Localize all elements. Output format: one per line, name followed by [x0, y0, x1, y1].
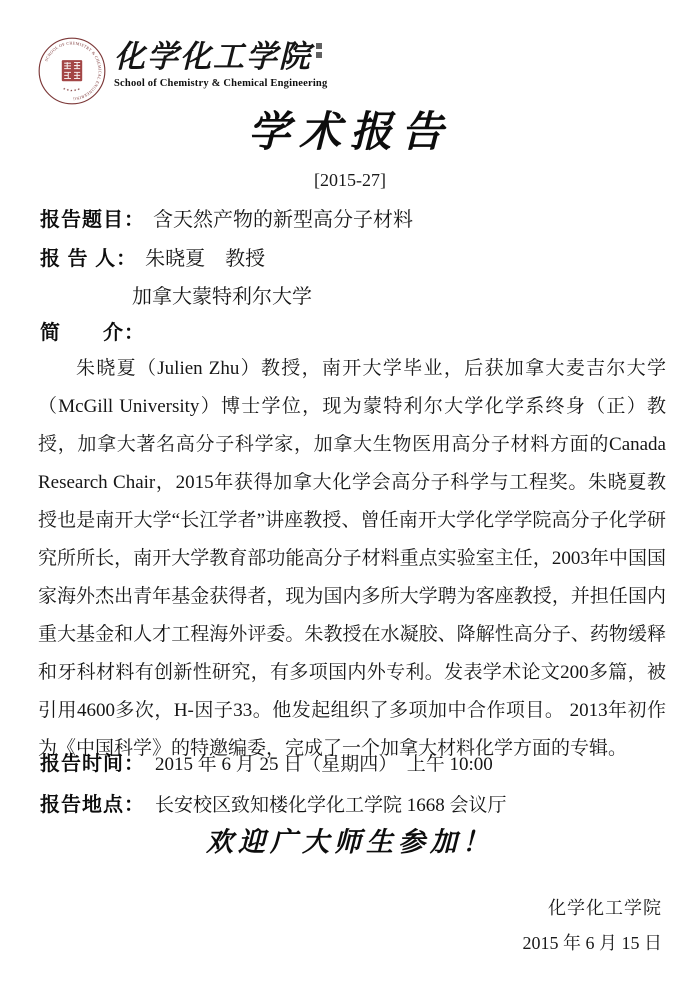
footer-org: 化学化工学院	[548, 894, 662, 920]
place-row: 报告地点：长安校区致知楼化学化工学院 1668 会议厅	[40, 788, 507, 817]
time-row: 报告时间：2015 年 6 月 25 日（星期四） 上午 10:00	[40, 747, 493, 776]
footer-date: 2015 年 6 月 15 日	[523, 929, 663, 955]
svg-text:★★★★★: ★★★★★	[62, 86, 82, 92]
welcome-line: 欢迎广大师生参加！	[0, 820, 700, 859]
time-label: 报告时间：	[40, 753, 145, 775]
issue-number: [2015-27]	[0, 170, 700, 191]
report-title-row: 报告题目：含天然产物的新型高分子材料	[40, 203, 413, 232]
intro-paragraph: 朱晓夏（Julien Zhu）教授，南开大学毕业，后获加拿大麦吉尔大学（McGi…	[38, 350, 666, 768]
speaker-label: 报 告 人：	[40, 248, 137, 270]
intro-label: 简 介：	[40, 322, 145, 344]
page-title: 学术报告	[0, 99, 700, 159]
school-logo: SCHOOL OF CHEMISTRY & CHEMICAL ENGINEERI…	[38, 37, 327, 105]
logo-side-mark	[316, 43, 322, 61]
speaker-affiliation: 加拿大蒙特利尔大学	[132, 280, 312, 309]
school-name-cn: 化学化工学院	[114, 39, 312, 75]
speaker-value: 朱晓夏 教授	[145, 248, 265, 270]
report-title-label: 报告题目：	[40, 209, 145, 231]
report-title-value: 含天然产物的新型高分子材料	[153, 209, 413, 231]
place-value: 长安校区致知楼化学化工学院 1668 会议厅	[155, 795, 507, 816]
seal-bottom-stars: ★★★★★	[62, 86, 82, 92]
time-value: 2015 年 6 月 25 日（星期四） 上午 10:00	[155, 754, 493, 775]
document-page: SCHOOL OF CHEMISTRY & CHEMICAL ENGINEERI…	[0, 0, 700, 989]
logo-text-block: 化学化工学院 School of Chemistry & Chemical En…	[114, 37, 327, 89]
intro-label-row: 简 介：	[40, 316, 145, 345]
place-label: 报告地点：	[40, 794, 145, 816]
speaker-row: 报 告 人：朱晓夏 教授	[40, 242, 265, 271]
school-seal: SCHOOL OF CHEMISTRY & CHEMICAL ENGINEERI…	[38, 37, 106, 105]
school-name-en: School of Chemistry & Chemical Engineeri…	[114, 78, 327, 89]
